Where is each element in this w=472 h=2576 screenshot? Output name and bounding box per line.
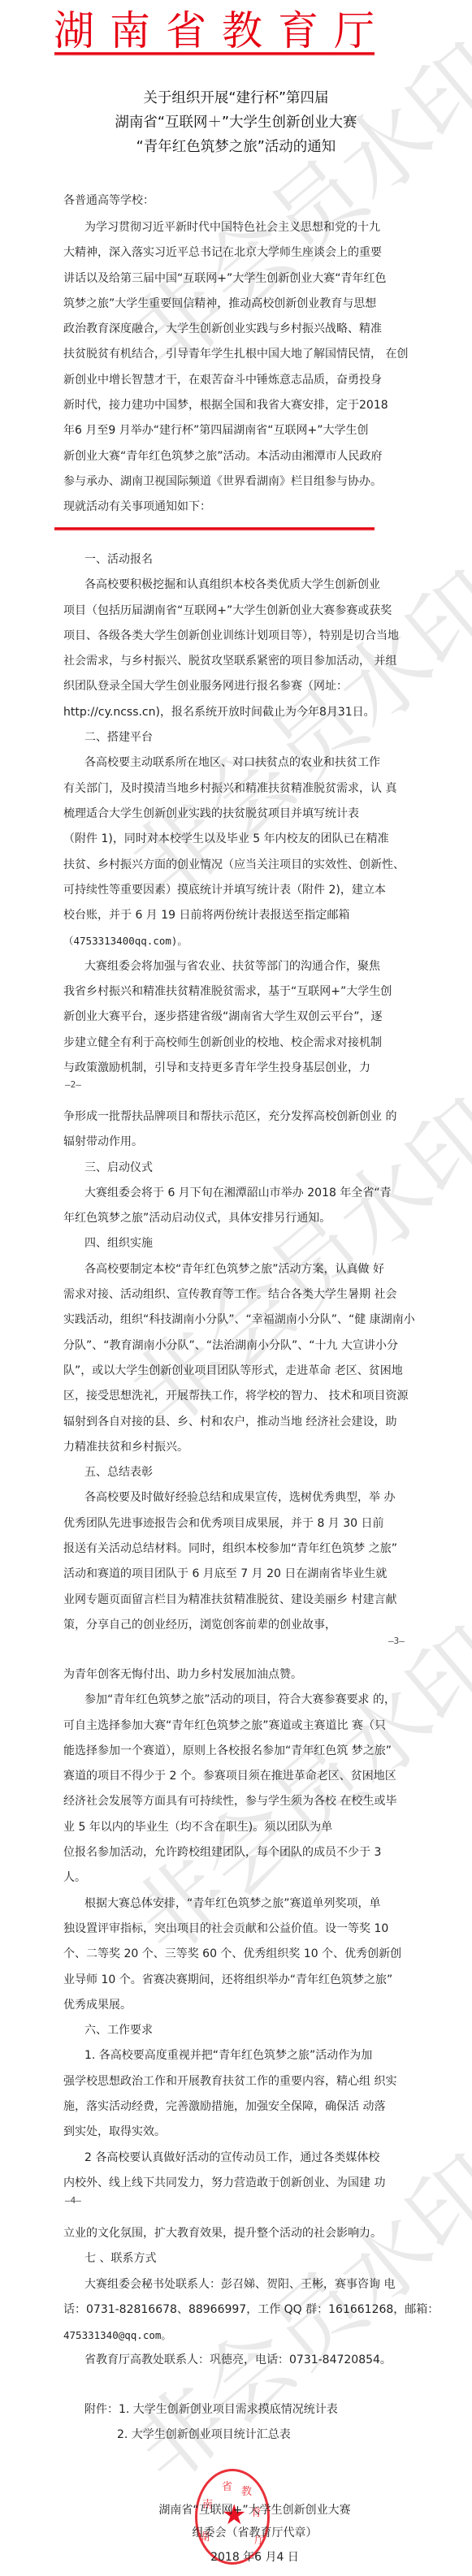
section-heading: 一、活动报名 (63, 547, 372, 573)
section-6-7: 立业的文化氛围，扩大教育效果，提升整个活动的社会影响力。 七 、联系方式 大赛组… (63, 2221, 372, 2374)
section-5-continued: 为青年创客无悔付出、助力乡村发展加油点赞。 参加“青年红色筑梦之旅”活动的项目，… (63, 1662, 372, 2196)
section-1: 一、活动报名 各高校要积极挖掘和认真组织本校各类优质大学生创新创业 项目（包括历… (63, 547, 372, 1081)
issuer-masthead: 湖南省教育厅 (54, 8, 375, 54)
page-number: —2— (65, 1079, 81, 1090)
title-line: 关于组织开展“建行杯”第四届 (0, 86, 472, 110)
page-number: —4— (65, 2195, 81, 2206)
title-line: 湖南省“互联网＋”大学生创新创业大赛 (0, 110, 472, 135)
attachments: 附件：1. 大学生创新创业项目需求摸底情况统计表 2. 大学生创新创业项目统计汇… (63, 2397, 372, 2448)
page-number: —3— (388, 1636, 405, 1646)
attachments-label: 附件： (84, 2403, 119, 2416)
section-heading: 五、总结表彰 (63, 1460, 372, 1485)
title-line: “青年红色筑梦之旅”活动的通知 (0, 135, 472, 159)
contact-email: 475331340@qq.com。 (63, 2323, 372, 2348)
section-heading: 四、组织实施 (63, 1231, 372, 1256)
section-heading: 六、工作要求 (63, 2018, 372, 2043)
signature-date: 2018 年6 月4 日 (0, 2548, 472, 2565)
section-divider-rule (54, 527, 375, 531)
section-heading: 二、搭建平台 (63, 725, 372, 750)
attachment-item: 2. 大学生创新创业项目统计汇总表 (63, 2423, 372, 2448)
document-title: 关于组织开展“建行杯”第四届 湖南省“互联网＋”大学生创新创业大赛 “青年红色筑… (0, 86, 472, 159)
masthead-red-rule (54, 52, 375, 56)
section-2-3-4-5: 争形成一批帮扶品牌项目和帮扶示范区，充分发挥高校创新创业 的 辐射带动作用。 三… (63, 1104, 372, 1638)
signature-org-line2: 组委会（省教育厅代章） (0, 2524, 472, 2540)
section-heading: 三、启动仪式 (63, 1156, 372, 1181)
submission-email: （4753313400qq.com)。 (63, 928, 372, 953)
salutation: 各普通高等学校： (63, 188, 372, 214)
registration-url: http://cy.ncss.cn)，报名系统开放时间截止为今年8月31日。 (63, 700, 372, 725)
intro-paragraph: 为学习贯彻习近平新时代中国特色社会主义思想和党的十九 大精神，深入落实习近平总书… (63, 215, 372, 521)
signature-org-line1: 湖南省“互联网+”大学生创新创业大赛 (0, 2501, 472, 2518)
section-heading: 七 、联系方式 (63, 2246, 372, 2271)
attachment-item: 1. 大学生创新创业项目需求摸底情况统计表 (119, 2403, 338, 2416)
